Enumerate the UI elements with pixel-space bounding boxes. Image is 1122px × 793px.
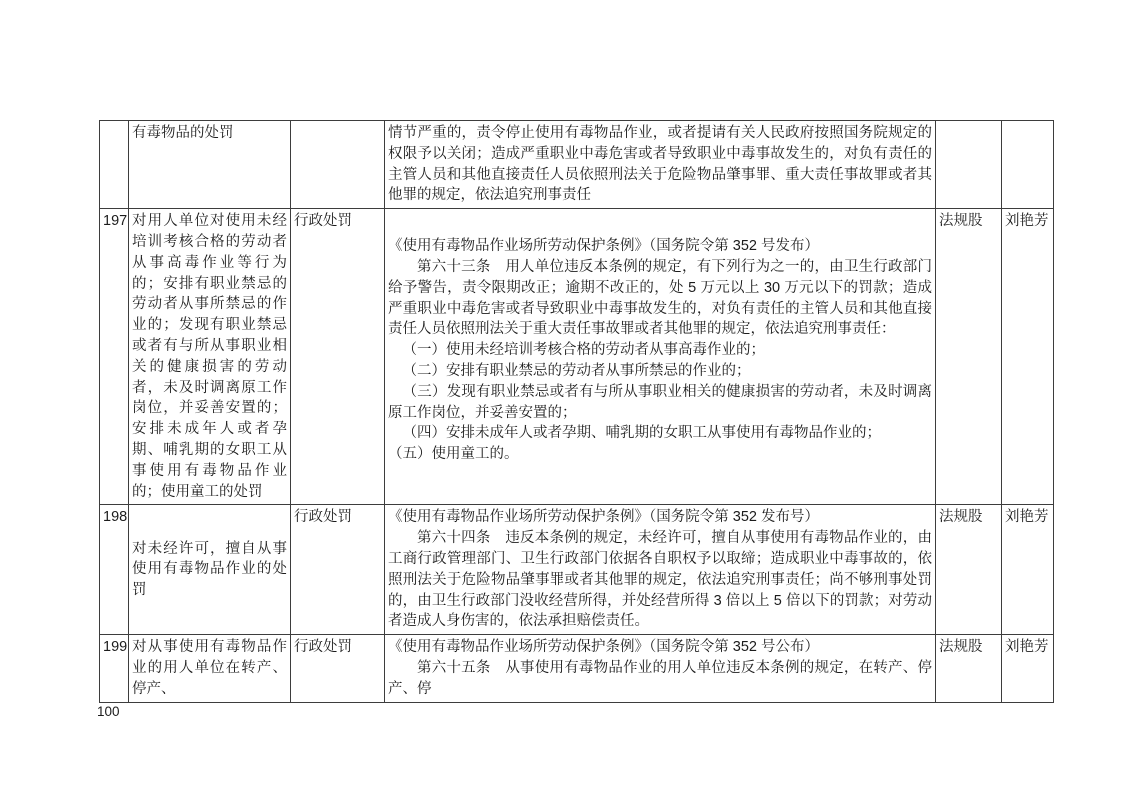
penalties-table: 有毒物品的处罚 情节严重的，责令停止使用有毒物品作业，或者提请有关人民政府按照国… bbox=[99, 120, 1054, 703]
cell-responsible-person: 刘艳芳 bbox=[1002, 209, 1054, 505]
cell-penalty-type: 行政处罚 bbox=[291, 635, 385, 702]
legal-basis-paragraph: （五）使用童工的。 bbox=[388, 444, 932, 465]
cell-responsible-dept bbox=[936, 121, 1002, 209]
cell-penalty-item: 对从事使用有毒物品作业的用人单位在转产、停产、 bbox=[129, 635, 291, 702]
cell-seq-number: 198 bbox=[100, 505, 129, 635]
cell-responsible-person: 刘艳芳 bbox=[1002, 635, 1054, 702]
legal-basis-paragraph: 《使用有毒物品作业场所劳动保护条例》（国务院令第 352 号发布） bbox=[388, 236, 932, 257]
table-body: 有毒物品的处罚 情节严重的，责令停止使用有毒物品作业，或者提请有关人民政府按照国… bbox=[100, 121, 1054, 703]
legal-basis-paragraph: 第六十五条 从事使用有毒物品作业的用人单位违反本条例的规定，在转产、停产、停 bbox=[388, 658, 932, 700]
table-row: 198 对未经许可，擅自从事使用有毒物品作业的处罚 行政处罚 《使用有毒物品作业… bbox=[100, 505, 1054, 635]
cell-responsible-dept: 法规股 bbox=[936, 209, 1002, 505]
cell-responsible-dept: 法规股 bbox=[936, 635, 1002, 702]
cell-penalty-type: 行政处罚 bbox=[291, 505, 385, 635]
legal-basis-paragraph: （二）安排有职业禁忌的劳动者从事所禁忌的作业的； bbox=[388, 361, 932, 382]
legal-basis-paragraph: 情节严重的，责令停止使用有毒物品作业，或者提请有关人民政府按照国务院规定的权限予… bbox=[388, 123, 932, 206]
cell-seq-number: 197 bbox=[100, 209, 129, 505]
cell-penalty-type: 行政处罚 bbox=[291, 209, 385, 505]
cell-penalty-item: 有毒物品的处罚 bbox=[129, 121, 291, 209]
cell-responsible-person: 刘艳芳 bbox=[1002, 505, 1054, 635]
cell-seq-number bbox=[100, 121, 129, 209]
cell-legal-basis: 《使用有毒物品作业场所劳动保护条例》（国务院令第 352 号发布）第六十三条 用… bbox=[385, 209, 936, 505]
cell-penalty-item: 对未经许可，擅自从事使用有毒物品作业的处罚 bbox=[129, 505, 291, 635]
table-row: 199 对从事使用有毒物品作业的用人单位在转产、停产、 行政处罚 《使用有毒物品… bbox=[100, 635, 1054, 702]
cell-responsible-dept: 法规股 bbox=[936, 505, 1002, 635]
page-number: 100 bbox=[97, 704, 120, 719]
cell-legal-basis: 《使用有毒物品作业场所劳动保护条例》（国务院令第 352 发布号）第六十四条 违… bbox=[385, 505, 936, 635]
document-page: 有毒物品的处罚 情节严重的，责令停止使用有毒物品作业，或者提请有关人民政府按照国… bbox=[0, 0, 1122, 793]
table-row: 有毒物品的处罚 情节严重的，责令停止使用有毒物品作业，或者提请有关人民政府按照国… bbox=[100, 121, 1054, 209]
cell-responsible-person bbox=[1002, 121, 1054, 209]
legal-basis-paragraph: 《使用有毒物品作业场所劳动保护条例》（国务院令第 352 号公布） bbox=[388, 637, 932, 658]
legal-basis-paragraph: 第六十三条 用人单位违反本条例的规定，有下列行为之一的，由卫生行政部门给予警告，… bbox=[388, 257, 932, 340]
legal-basis-paragraph: 《使用有毒物品作业场所劳动保护条例》（国务院令第 352 发布号） bbox=[388, 507, 932, 528]
legal-basis-paragraph: 第六十四条 违反本条例的规定，未经许可，擅自从事使用有毒物品作业的，由工商行政管… bbox=[388, 528, 932, 632]
table-row: 197 对用人单位对使用未经培训考核合格的劳动者从事高毒作业等行为的；安排有职业… bbox=[100, 209, 1054, 505]
legal-basis-paragraph: （一）使用未经培训考核合格的劳动者从事高毒作业的； bbox=[388, 340, 932, 361]
legal-basis-paragraph: （三）发现有职业禁忌或者有与所从事职业相关的健康损害的劳动者，未及时调离原工作岗… bbox=[388, 382, 932, 424]
cell-penalty-type bbox=[291, 121, 385, 209]
legal-basis-paragraph: （四）安排未成年人或者孕期、哺乳期的女职工从事使用有毒物品作业的； bbox=[388, 423, 932, 444]
cell-legal-basis: 情节严重的，责令停止使用有毒物品作业，或者提请有关人民政府按照国务院规定的权限予… bbox=[385, 121, 936, 209]
cell-seq-number: 199 bbox=[100, 635, 129, 702]
cell-legal-basis: 《使用有毒物品作业场所劳动保护条例》（国务院令第 352 号公布）第六十五条 从… bbox=[385, 635, 936, 702]
cell-penalty-item: 对用人单位对使用未经培训考核合格的劳动者从事高毒作业等行为的；安排有职业禁忌的劳… bbox=[129, 209, 291, 505]
